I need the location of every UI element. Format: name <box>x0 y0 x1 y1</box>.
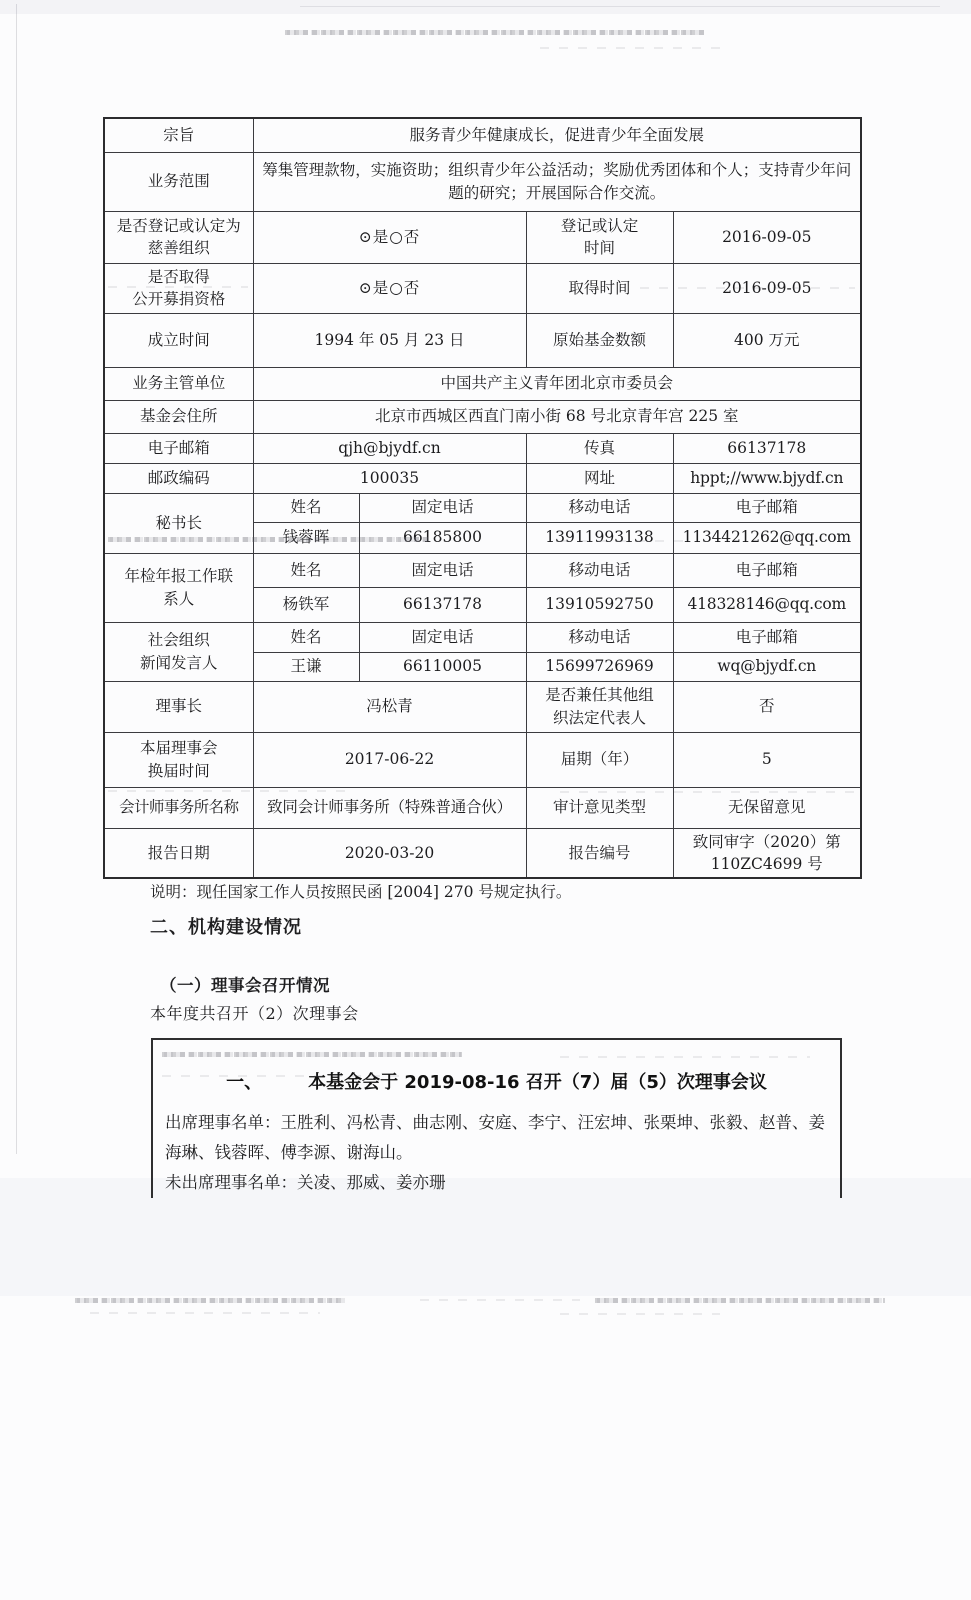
founded-label: 成立时间 <box>104 313 253 367</box>
address-label: 基金会住所 <box>104 400 253 433</box>
founded-value: 1994 年 05 月 23 日 <box>253 313 526 367</box>
scope-label: 业务范围 <box>104 152 253 211</box>
scan-artifact <box>285 30 705 35</box>
scanned-annual-report-page: 宗旨 服务青少年健康成长，促进青少年全面发展 业务范围 筹集管理款物，实施资助；… <box>0 0 971 1600</box>
scan-artifact <box>162 1052 462 1057</box>
spokesperson-phone: 66110005 <box>359 652 526 681</box>
fundraise-qualified-radio: ⊙是○否 <box>253 263 526 313</box>
fundraise-qualified-label: 是否取得 公开募捐资格 <box>104 263 253 313</box>
email-label: 电子邮箱 <box>104 433 253 463</box>
postcode-label: 邮政编码 <box>104 463 253 493</box>
audit-firm-label: 会计师事务所名称 <box>104 787 253 828</box>
secretary-email: 1134421262@qq.com <box>673 522 861 553</box>
board-term-label: 本届理事会 换届时间 <box>104 732 253 787</box>
table-row: 宗旨 服务青少年健康成长，促进青少年全面发展 <box>104 118 861 152</box>
audit-firm-value: 致同会计师事务所（特殊普通合伙） <box>253 787 526 828</box>
supervisor-value: 中国共产主义青年团北京市委员会 <box>253 367 861 400</box>
table-row: 成立时间 1994 年 05 月 23 日 原始基金数额 400 万元 <box>104 313 861 367</box>
chairman-label: 理事长 <box>104 681 253 732</box>
scan-artifact <box>108 790 348 792</box>
chairman-value: 冯松青 <box>253 681 526 732</box>
table-row: 电子邮箱 qjh@bjydf.cn 传真 66137178 <box>104 433 861 463</box>
address-value: 北京市西城区西直门南小街 68 号北京青年宫 225 室 <box>253 400 861 433</box>
term-years-value: 5 <box>673 732 861 787</box>
table-row: 本届理事会 换届时间 2017-06-22 届期（年） 5 <box>104 732 861 787</box>
annual-contact-email: 418328146@qq.com <box>673 587 861 622</box>
annual-contact-phone: 66137178 <box>359 587 526 622</box>
column-header-email: 电子邮箱 <box>673 622 861 652</box>
section-2-title: 二、机构建设情况 <box>150 913 302 939</box>
column-header-name: 姓名 <box>253 553 359 587</box>
table-row: 邮政编码 100035 网址 hppt;//www.bjydf.cn <box>104 463 861 493</box>
column-header-phone: 固定电话 <box>359 493 526 522</box>
column-header-mobile: 移动电话 <box>526 493 673 522</box>
secretary-mobile: 13911993138 <box>526 522 673 553</box>
table-row: 业务主管单位 中国共产主义青年团北京市委员会 <box>104 367 861 400</box>
column-header-phone: 固定电话 <box>359 622 526 652</box>
report-number-label: 报告编号 <box>526 828 673 878</box>
meeting-title: 一、本基金会于 2019-08-16 召开（7）届（5）次理事会议 <box>153 1068 840 1094</box>
scan-artifact <box>595 1298 885 1303</box>
column-header-email: 电子邮箱 <box>673 493 861 522</box>
column-header-name: 姓名 <box>253 493 359 522</box>
page-top-edge-line <box>300 6 940 7</box>
secretary-label: 秘书长 <box>104 493 253 553</box>
fax-label: 传真 <box>526 433 673 463</box>
scan-artifact <box>162 1075 402 1077</box>
annual-contact-name: 杨铁军 <box>253 587 359 622</box>
page-edge-line <box>16 4 17 1154</box>
scan-artifact <box>640 287 855 289</box>
scan-artifact <box>560 791 855 793</box>
audit-opinion-value: 无保留意见 <box>673 787 861 828</box>
spokesperson-mobile: 15699726969 <box>526 652 673 681</box>
table-row: 年检年报工作联 系人 姓名 固定电话 移动电话 电子邮箱 <box>104 553 861 587</box>
term-years-label: 届期（年） <box>526 732 673 787</box>
supervisor-label: 业务主管单位 <box>104 367 253 400</box>
report-date-label: 报告日期 <box>104 828 253 878</box>
meeting-attendance: 出席理事名单：王胜利、冯松青、曲志刚、安庭、李宁、汪宏坤、张栗坤、张毅、赵普、姜… <box>165 1108 826 1198</box>
purpose-label: 宗旨 <box>104 118 253 152</box>
concurrent-rep-value: 否 <box>673 681 861 732</box>
scan-artifact <box>90 1312 320 1314</box>
purpose-value: 服务青少年健康成长，促进青少年全面发展 <box>253 118 861 152</box>
section-2-1-title: （一）理事会召开情况 <box>160 972 330 996</box>
column-header-email: 电子邮箱 <box>673 553 861 587</box>
scan-artifact <box>560 540 690 542</box>
table-row: 是否登记或认定为 慈善组织 ⊙是○否 登记或认定 时间 2016-09-05 <box>104 211 861 263</box>
absent-list: 未出席理事名单：关凌、那威、姜亦珊 <box>165 1168 826 1198</box>
report-number-value: 致同审字（2020）第 110ZC4699 号 <box>673 828 861 878</box>
website-label: 网址 <box>526 463 673 493</box>
scan-artifact <box>108 286 248 288</box>
table-row: 会计师事务所名称 致同会计师事务所（特殊普通合伙） 审计意见类型 无保留意见 <box>104 787 861 828</box>
charity-time-label: 登记或认定 时间 <box>526 211 673 263</box>
scan-tint-band-top <box>0 0 971 14</box>
charity-registered-radio: ⊙是○否 <box>253 211 526 263</box>
concurrent-rep-label: 是否兼任其他组 织法定代表人 <box>526 681 673 732</box>
spokesperson-name: 王谦 <box>253 652 359 681</box>
email-value: qjh@bjydf.cn <box>253 433 526 463</box>
original-fund-label: 原始基金数额 <box>526 313 673 367</box>
foundation-info-table: 宗旨 服务青少年健康成长，促进青少年全面发展 业务范围 筹集管理款物，实施资助；… <box>103 117 862 879</box>
table-row: 理事长 冯松青 是否兼任其他组 织法定代表人 否 <box>104 681 861 732</box>
column-header-phone: 固定电话 <box>359 553 526 587</box>
note-line: 说明：现任国家工作人员按照民函 [2004] 270 号规定执行。 <box>150 880 850 902</box>
scan-artifact <box>560 1313 720 1315</box>
column-header-mobile: 移动电话 <box>526 622 673 652</box>
table-row: 业务范围 筹集管理款物，实施资助；组织青少年公益活动；奖励优秀团体和个人；支持青… <box>104 152 861 211</box>
meeting-record-box: 一、本基金会于 2019-08-16 召开（7）届（5）次理事会议 出席理事名单… <box>151 1038 842 1198</box>
scope-value: 筹集管理款物，实施资助；组织青少年公益活动；奖励优秀团体和个人；支持青少年问题的… <box>253 152 861 211</box>
spokesperson-email: wq@bjydf.cn <box>673 652 861 681</box>
annual-contact-label: 年检年报工作联 系人 <box>104 553 253 622</box>
spokesperson-label: 社会组织 新闻发言人 <box>104 622 253 681</box>
charity-registered-label: 是否登记或认定为 慈善组织 <box>104 211 253 263</box>
postcode-value: 100035 <box>253 463 526 493</box>
column-header-mobile: 移动电话 <box>526 553 673 587</box>
table-row: 基金会住所 北京市西城区西直门南小街 68 号北京青年宫 225 室 <box>104 400 861 433</box>
annual-contact-mobile: 13910592750 <box>526 587 673 622</box>
table-row: 秘书长 姓名 固定电话 移动电话 电子邮箱 <box>104 493 861 522</box>
board-term-value: 2017-06-22 <box>253 732 526 787</box>
scan-artifact <box>108 537 428 542</box>
original-fund-value: 400 万元 <box>673 313 861 367</box>
board-meetings-count-line: 本年度共召开（2）次理事会 <box>150 1001 359 1024</box>
attend-list: 出席理事名单：王胜利、冯松青、曲志刚、安庭、李宁、汪宏坤、张栗坤、张毅、赵普、姜… <box>165 1108 826 1168</box>
column-header-name: 姓名 <box>253 622 359 652</box>
fax-value: 66137178 <box>673 433 861 463</box>
table-row: 报告日期 2020-03-20 报告编号 致同审字（2020）第 110ZC46… <box>104 828 861 878</box>
charity-time-value: 2016-09-05 <box>673 211 861 263</box>
scan-artifact <box>540 47 730 49</box>
scan-artifact <box>420 1299 580 1301</box>
scan-artifact <box>75 1298 345 1303</box>
table-row: 社会组织 新闻发言人 姓名 固定电话 移动电话 电子邮箱 <box>104 622 861 652</box>
report-date-value: 2020-03-20 <box>253 828 526 878</box>
scan-artifact <box>560 1056 810 1058</box>
audit-opinion-label: 审计意见类型 <box>526 787 673 828</box>
website-value: hppt;//www.bjydf.cn <box>673 463 861 493</box>
